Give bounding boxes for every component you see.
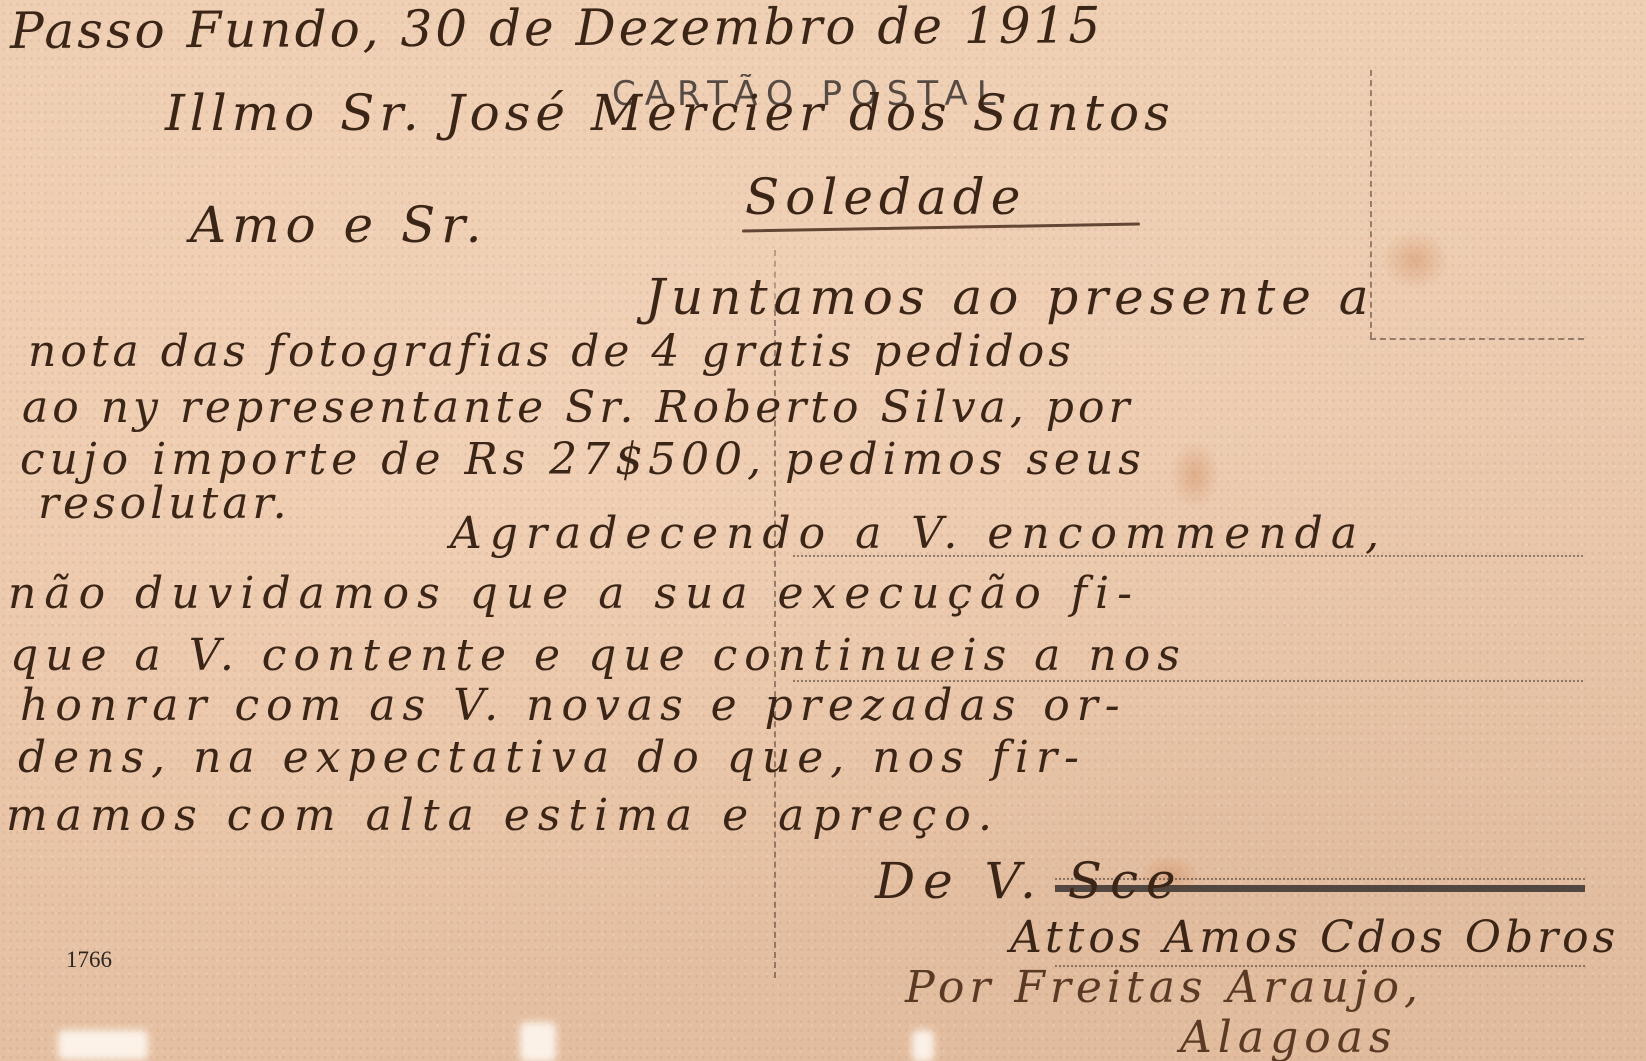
signature: Por Freitas Araujo, <box>905 962 1423 1013</box>
scan-glare <box>912 1030 934 1061</box>
body-line: Agradecendo a V. encommenda, <box>450 508 1387 559</box>
stamp-box-bottom-edge <box>1370 338 1584 340</box>
paper-stain <box>1170 440 1220 510</box>
place-date: Passo Fundo, 30 de Dezembro de 1915 <box>10 0 1103 60</box>
scan-glare <box>520 1022 556 1061</box>
closing-line: Attos Amos Cdos Obros <box>1010 912 1619 963</box>
body-line: não duvidamos que a sua execução fi- <box>8 568 1140 619</box>
body-line: resolutar. <box>38 478 291 529</box>
recipient-city: Soledade <box>745 168 1026 226</box>
body-line: honrar com as V. novas e prezadas or- <box>20 680 1127 731</box>
signature-location: Alagoas <box>1180 1012 1398 1061</box>
body-line: que a V. contente e que continueis a nos <box>10 630 1187 681</box>
body-line: Juntamos ao presente a <box>645 268 1375 326</box>
body-line: ao ny representante Sr. Roberto Silva, p… <box>22 382 1134 433</box>
body-line: nota das fotografias de 4 gratis pedidos <box>28 326 1075 377</box>
closing-line: De V. Sce <box>875 852 1184 910</box>
recipient-name: Illmo Sr. José Mercier dos Santos <box>165 84 1175 142</box>
greeting: Amo e Sr. <box>190 196 488 254</box>
postcard-back: CARTÃO POSTAL 1766 Passo Fundo, 30 de De… <box>0 0 1646 1061</box>
paper-stain <box>1380 230 1450 290</box>
catalog-number: 1766 <box>66 947 112 973</box>
scan-glare <box>58 1030 148 1060</box>
body-line: mamos com alta estima e apreço. <box>6 790 1000 841</box>
body-line: dens, na expectativa do que, nos fir- <box>18 732 1086 783</box>
